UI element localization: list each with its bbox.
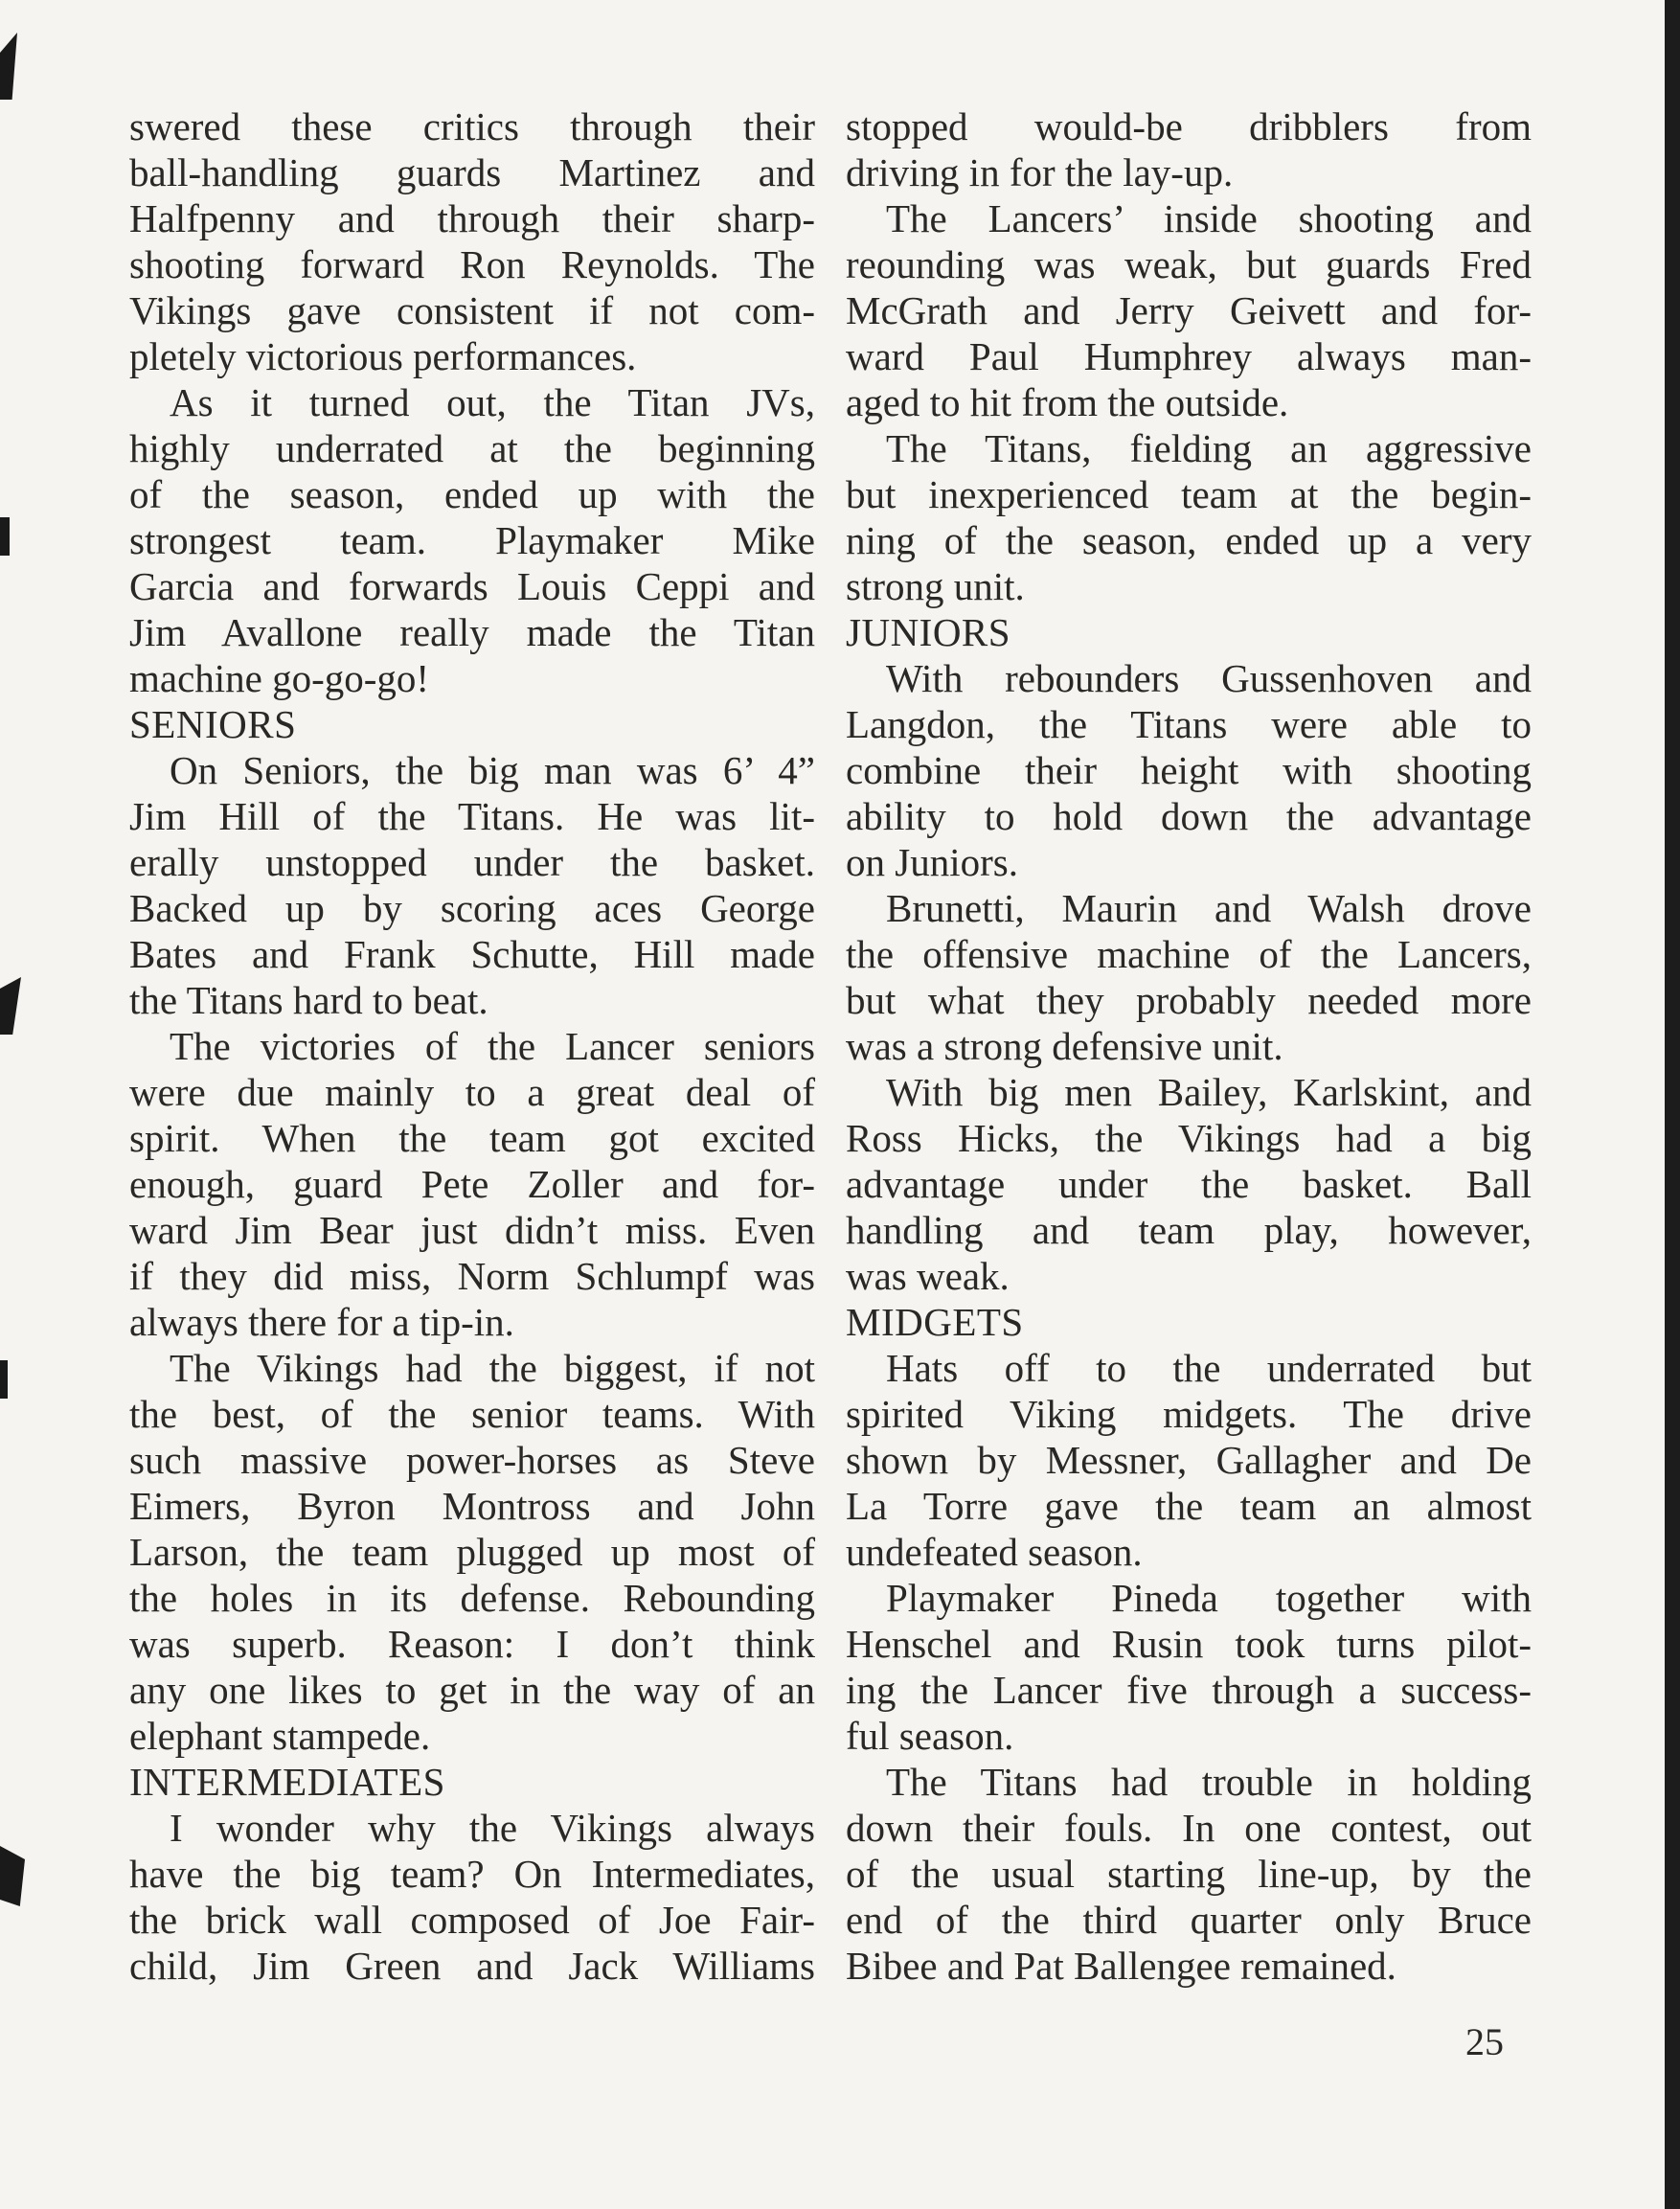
section-heading-midgets: MIDGETS: [846, 1299, 1532, 1345]
text-line: Henschel and Rusin took turns pilot-: [846, 1621, 1532, 1667]
text-line: stopped would-be dribblers from: [846, 103, 1532, 149]
text-line: The Lancers’ inside shooting and: [846, 195, 1532, 241]
text-line: shown by Messner, Gallagher and De: [846, 1437, 1532, 1483]
paragraph: The Titans, fielding an aggressive but i…: [846, 425, 1532, 609]
text-line: Halfpenny and through their sharp-: [129, 195, 815, 241]
text-line: child, Jim Green and Jack Williams: [129, 1943, 815, 1989]
text-line: Brunetti, Maurin and Walsh drove: [846, 885, 1532, 931]
left-column: swered these critics through their ball-…: [129, 103, 815, 1989]
text-line: Larson, the team plugged up most of: [129, 1529, 815, 1575]
text-line: undefeated season.: [846, 1529, 1532, 1575]
text-line: With big men Bailey, Karlskint, and: [846, 1069, 1532, 1115]
page-tear-mark: [0, 977, 21, 1035]
page-number: 25: [1465, 2019, 1504, 2064]
text-line: the Titans hard to beat.: [129, 977, 815, 1023]
paragraph: stopped would-be dribblers from driving …: [846, 103, 1532, 195]
paragraph: As it turned out, the Titan JVs, highly …: [129, 379, 815, 701]
section-heading-seniors: SENIORS: [129, 701, 815, 747]
text-line: On Seniors, the big man was 6’ 4”: [129, 747, 815, 793]
text-line: were due mainly to a great deal of: [129, 1069, 815, 1115]
text-line: The Titans had trouble in holding: [846, 1759, 1532, 1805]
paragraph: The Titans had trouble in holding down t…: [846, 1759, 1532, 1989]
text-line: Jim Avallone really made the Titan: [129, 609, 815, 655]
text-line: The Vikings had the biggest, if not: [129, 1345, 815, 1391]
text-line: of the usual starting line-up, by the: [846, 1851, 1532, 1897]
text-line: the holes in its defense. Rebounding: [129, 1575, 815, 1621]
paragraph: I wonder why the Vikings always have the…: [129, 1805, 815, 1989]
paragraph: Hats off to the underrated but spirited …: [846, 1345, 1532, 1575]
page-tear-mark: [0, 1360, 8, 1399]
text-line: Langdon, the Titans were able to: [846, 701, 1532, 747]
text-line: advantage under the basket. Ball: [846, 1161, 1532, 1207]
paragraph: On Seniors, the big man was 6’ 4” Jim Hi…: [129, 747, 815, 1023]
paragraph: Brunetti, Maurin and Walsh drove the off…: [846, 885, 1532, 1069]
text-line: La Torre gave the team an almost: [846, 1483, 1532, 1529]
text-line: With rebounders Gussenhoven and: [846, 655, 1532, 701]
text-line: such massive power-horses as Steve: [129, 1437, 815, 1483]
text-line: machine go-go-go!: [129, 655, 815, 701]
paragraph: The Lancers’ inside shooting and reoundi…: [846, 195, 1532, 425]
text-line: any one likes to get in the way of an: [129, 1667, 815, 1713]
scanned-page: swered these critics through their ball-…: [0, 0, 1665, 2209]
paragraph: Playmaker Pineda together with Henschel …: [846, 1575, 1532, 1759]
text-line: was superb. Reason: I don’t think: [129, 1621, 815, 1667]
text-line: ball-handling guards Martinez and: [129, 149, 815, 195]
text-line: strongest team. Playmaker Mike: [129, 517, 815, 563]
text-line: I wonder why the Vikings always: [129, 1805, 815, 1851]
text-line: Backed up by scoring aces George: [129, 885, 815, 931]
text-line: elephant stampede.: [129, 1713, 815, 1759]
text-line: ward Jim Bear just didn’t miss. Even: [129, 1207, 815, 1253]
text-line: enough, guard Pete Zoller and for-: [129, 1161, 815, 1207]
paragraph: With big men Bailey, Karlskint, and Ross…: [846, 1069, 1532, 1299]
text-line: Hats off to the underrated but: [846, 1345, 1532, 1391]
text-line: highly underrated at the beginning: [129, 425, 815, 471]
text-line: The Titans, fielding an aggressive: [846, 425, 1532, 471]
text-line: Bibee and Pat Ballengee remained.: [846, 1943, 1532, 1989]
text-line: Bates and Frank Schutte, Hill made: [129, 931, 815, 977]
text-line: spirited Viking midgets. The drive: [846, 1391, 1532, 1437]
text-line: if they did miss, Norm Schlumpf was: [129, 1253, 815, 1299]
text-line: but what they probably needed more: [846, 977, 1532, 1023]
text-line: of the season, ended up with the: [129, 471, 815, 517]
text-line: Playmaker Pineda together with: [846, 1575, 1532, 1621]
text-line: have the big team? On Intermediates,: [129, 1851, 815, 1897]
page-tear-mark: [0, 33, 17, 100]
text-line: the best, of the senior teams. With: [129, 1391, 815, 1437]
paragraph: The victories of the Lancer seniors were…: [129, 1023, 815, 1345]
text-line: was a strong defensive unit.: [846, 1023, 1532, 1069]
text-line: erally unstopped under the basket.: [129, 839, 815, 885]
text-line: always there for a tip-in.: [129, 1299, 815, 1345]
right-column: stopped would-be dribblers from driving …: [846, 103, 1532, 1989]
text-line: driving in for the lay-up.: [846, 149, 1532, 195]
text-line: McGrath and Jerry Geivett and for-: [846, 287, 1532, 333]
text-line: ful season.: [846, 1713, 1532, 1759]
text-line: ing the Lancer five through a success-: [846, 1667, 1532, 1713]
text-line: The victories of the Lancer seniors: [129, 1023, 815, 1069]
text-line: ning of the season, ended up a very: [846, 517, 1532, 563]
text-line: end of the third quarter only Bruce: [846, 1897, 1532, 1943]
text-line: handling and team play, however,: [846, 1207, 1532, 1253]
text-line: ward Paul Humphrey always man-: [846, 333, 1532, 379]
text-line: Ross Hicks, the Vikings had a big: [846, 1115, 1532, 1161]
text-line: Garcia and forwards Louis Ceppi and: [129, 563, 815, 609]
text-line: aged to hit from the outside.: [846, 379, 1532, 425]
text-line: shooting forward Ron Reynolds. The: [129, 241, 815, 287]
section-heading-intermediates: INTERMEDIATES: [129, 1759, 815, 1805]
page-tear-mark: [0, 1839, 25, 1906]
text-line: down their fouls. In one contest, out: [846, 1805, 1532, 1851]
text-line: As it turned out, the Titan JVs,: [129, 379, 815, 425]
paragraph: The Vikings had the biggest, if not the …: [129, 1345, 815, 1759]
text-line: the brick wall composed of Joe Fair-: [129, 1897, 815, 1943]
paragraph: With rebounders Gussenhoven and Langdon,…: [846, 655, 1532, 885]
page-tear-mark: [0, 517, 10, 556]
text-line: but inexperienced team at the begin-: [846, 471, 1532, 517]
text-line: reounding was weak, but guards Fred: [846, 241, 1532, 287]
text-line: the offensive machine of the Lancers,: [846, 931, 1532, 977]
text-line: on Juniors.: [846, 839, 1532, 885]
text-line: Eimers, Byron Montross and John: [129, 1483, 815, 1529]
scan-edge-border: [1665, 0, 1680, 2209]
text-line: swered these critics through their: [129, 103, 815, 149]
text-line: ability to hold down the advantage: [846, 793, 1532, 839]
paragraph: swered these critics through their ball-…: [129, 103, 815, 379]
text-line: spirit. When the team got excited: [129, 1115, 815, 1161]
section-heading-juniors: JUNIORS: [846, 609, 1532, 655]
text-line: Vikings gave consistent if not com-: [129, 287, 815, 333]
text-line: pletely victorious performances.: [129, 333, 815, 379]
text-line: was weak.: [846, 1253, 1532, 1299]
text-line: strong unit.: [846, 563, 1532, 609]
text-line: combine their height with shooting: [846, 747, 1532, 793]
text-line: Jim Hill of the Titans. He was lit-: [129, 793, 815, 839]
